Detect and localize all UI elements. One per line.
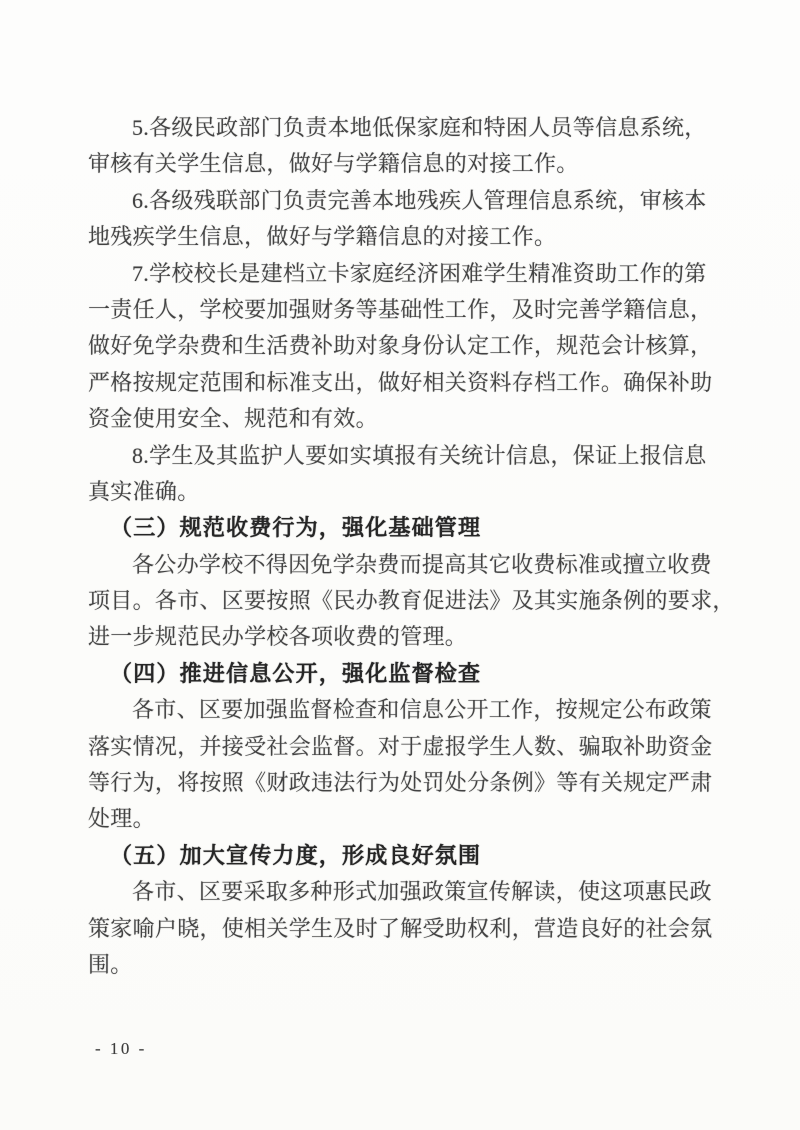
paragraph: 8.学生及其监护人要如实填报有关统计信息，保证上报信息真实准确。	[88, 438, 728, 511]
text-line: 进一步规范民办学校各项收费的管理。	[88, 619, 728, 655]
text-line: （五）加大宣传力度，形成良好氛围	[88, 838, 728, 874]
document-page: 5.各级民政部门负责本地低保家庭和特困人员等信息系统，审核有关学生信息，做好与学…	[0, 0, 800, 1130]
text-line: 各市、区要采取多种形式加强政策宣传解读，使这项惠民政	[88, 874, 728, 910]
page-number: - 10 -	[95, 1039, 147, 1059]
text-line: （三）规范收费行为，强化基础管理	[88, 510, 728, 546]
paragraph: 各市、区要加强监督检查和信息公开工作，按规定公布政策落实情况，并接受社会监督。对…	[88, 692, 728, 838]
text-line: 5.各级民政部门负责本地低保家庭和特困人员等信息系统，	[88, 110, 728, 146]
text-line: 围。	[88, 947, 728, 983]
paragraph: 各公办学校不得因免学杂费而提高其它收费标准或擅立收费项目。各市、区要按照《民办教…	[88, 547, 728, 656]
text-line: 各市、区要加强监督检查和信息公开工作，按规定公布政策	[88, 692, 728, 728]
text-line: 策家喻户晓，使相关学生及时了解受助权利，营造良好的社会氛	[88, 911, 728, 947]
text-line: 落实情况，并接受社会监督。对于虚报学生人数、骗取补助资金	[88, 729, 728, 765]
section-heading: （四）推进信息公开，强化监督检查	[88, 656, 728, 692]
text-line: （四）推进信息公开，强化监督检查	[88, 656, 728, 692]
text-line: 严格按规定范围和标准支出，做好相关资料存档工作。确保补助	[88, 365, 728, 401]
paragraph: 各市、区要采取多种形式加强政策宣传解读，使这项惠民政策家喻户晓，使相关学生及时了…	[88, 874, 728, 983]
paragraph: 7.学校校长是建档立卡家庭经济困难学生精准资助工作的第一责任人，学校要加强财务等…	[88, 256, 728, 438]
section-heading: （五）加大宣传力度，形成良好氛围	[88, 838, 728, 874]
paragraph: 5.各级民政部门负责本地低保家庭和特困人员等信息系统，审核有关学生信息，做好与学…	[88, 110, 728, 183]
text-line: 等行为，将按照《财政违法行为处罚处分条例》等有关规定严肃	[88, 765, 728, 801]
paragraph: 6.各级残联部门负责完善本地残疾人管理信息系统，审核本地残疾学生信息，做好与学籍…	[88, 183, 728, 256]
text-line: 各公办学校不得因免学杂费而提高其它收费标准或擅立收费	[88, 547, 728, 583]
text-line: 做好免学杂费和生活费补助对象身份认定工作，规范会计核算，	[88, 328, 728, 364]
document-body: 5.各级民政部门负责本地低保家庭和特困人员等信息系统，审核有关学生信息，做好与学…	[88, 110, 728, 983]
section-heading: （三）规范收费行为，强化基础管理	[88, 510, 728, 546]
text-line: 7.学校校长是建档立卡家庭经济困难学生精准资助工作的第	[88, 256, 728, 292]
text-line: 审核有关学生信息，做好与学籍信息的对接工作。	[88, 146, 728, 182]
text-line: 真实准确。	[88, 474, 728, 510]
text-line: 8.学生及其监护人要如实填报有关统计信息，保证上报信息	[88, 438, 728, 474]
text-line: 处理。	[88, 801, 728, 837]
text-line: 地残疾学生信息，做好与学籍信息的对接工作。	[88, 219, 728, 255]
text-line: 项目。各市、区要按照《民办教育促进法》及其实施条例的要求，	[88, 583, 728, 619]
text-line: 资金使用安全、规范和有效。	[88, 401, 728, 437]
text-line: 6.各级残联部门负责完善本地残疾人管理信息系统，审核本	[88, 183, 728, 219]
text-line: 一责任人，学校要加强财务等基础性工作，及时完善学籍信息，	[88, 292, 728, 328]
